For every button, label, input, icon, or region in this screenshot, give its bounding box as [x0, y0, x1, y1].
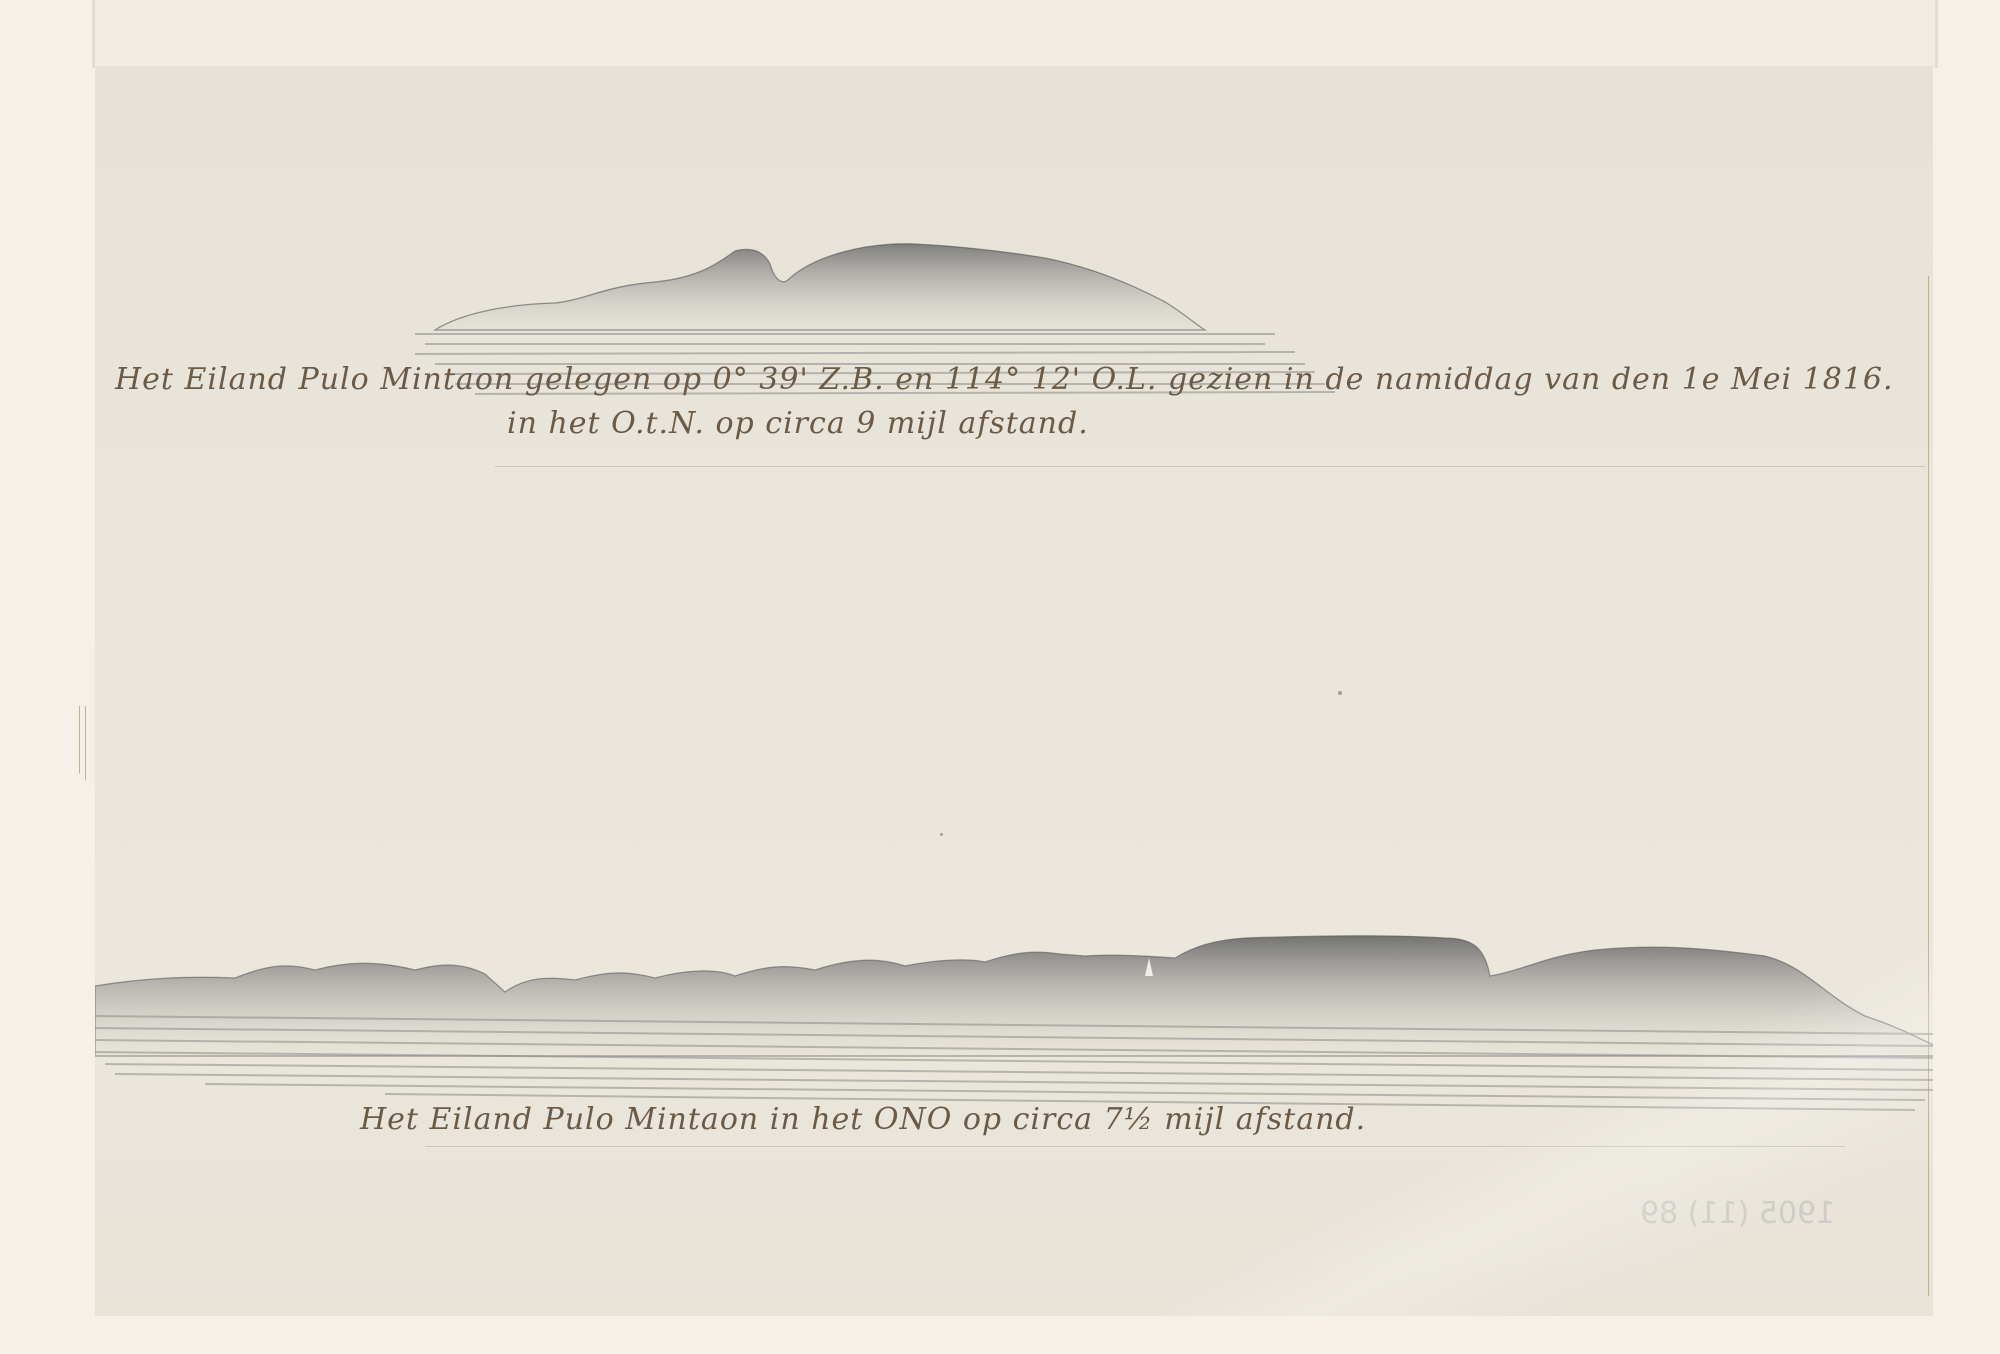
paper-speck	[940, 833, 943, 836]
caption-top-line2: in het O.t.N. op circa 9 mijl afstand.	[507, 406, 1089, 441]
pencil-guideline	[425, 1146, 1845, 1147]
sheet-edge-line-right	[1928, 276, 1929, 1296]
pencil-guideline	[495, 466, 1925, 467]
paper-speck	[1338, 691, 1342, 695]
drawing-sheet: Het Eiland Pulo Mintaon gelegen op 0° 39…	[95, 66, 1933, 1316]
mount-backing-top	[92, 0, 1938, 68]
collection-stamp: 1905 (11) 89	[1640, 1196, 1835, 1231]
caption-top-line1: Het Eiland Pulo Mintaon gelegen op 0° 39…	[115, 362, 1894, 397]
sheet-edge-line-left	[79, 706, 80, 836]
island-profile-bottom	[85, 866, 1945, 1126]
sheet-edge-line-left	[85, 706, 86, 926]
caption-bottom: Het Eiland Pulo Mintaon in het ONO op ci…	[360, 1102, 1366, 1137]
